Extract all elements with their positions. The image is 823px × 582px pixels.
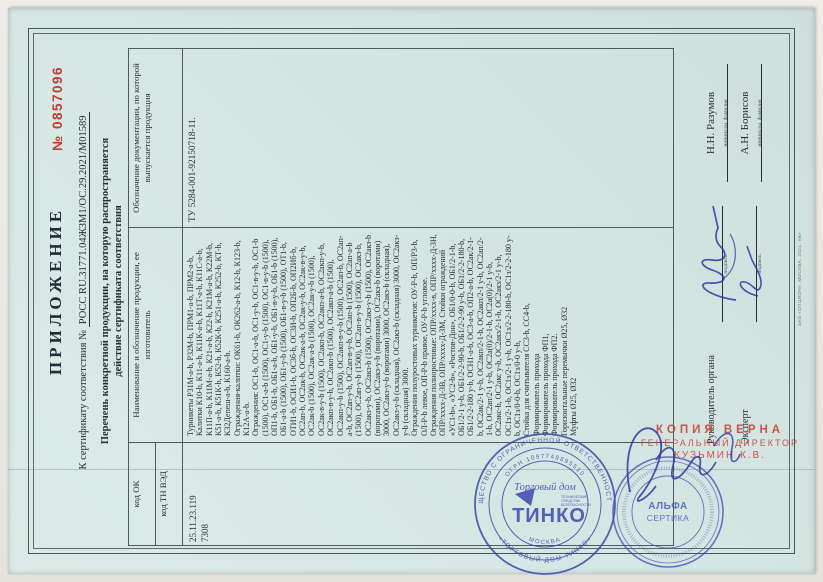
header-code-tnved: код ТН ВЭД xyxy=(156,443,183,546)
header-code-ok: код ОК xyxy=(129,443,156,546)
product-paragraph: Стойка для считывателя СС3-b, СС4-b, xyxy=(522,234,531,436)
certificate-reference-prefix: К сертификату соответствия № xyxy=(78,330,89,470)
product-paragraph: Ограждения полноростовые: ОПР/хххх-в, ОП… xyxy=(429,234,522,436)
svg-text:ОГРН 1097748895510: ОГРН 1097748895510 xyxy=(505,454,586,478)
product-list-cell: Турникеты Р31М-а-b, Р32М-b, ПРМ1-а-b, ПР… xyxy=(183,228,674,443)
tinko-ring-top-text: ОБЩЕСТВО С ОГРАНИЧЕННОЙ ОТВЕТСТВЕННОСТЬЮ xyxy=(473,432,612,504)
form-serial-number: № 0857096 xyxy=(50,66,65,151)
tinko-round-stamp: ОБЩЕСТВО С ОГРАНИЧЕННОЙ ОТВЕТСТВЕННОСТЬЮ… xyxy=(473,432,617,576)
product-paragraph: Ограждения полуростовых турникетов: ОУ-Р… xyxy=(410,234,429,436)
product-paragraph: Муфты Ø25, Ø32 xyxy=(569,234,578,436)
rotated-portrait-page: ПРИЛОЖЕНИЕ № 0857096 К сертификату соотв… xyxy=(0,0,823,582)
product-paragraph: Формирователь прохода ФП1, xyxy=(541,234,550,436)
name-caption-expert: инициалы, фамилия xyxy=(757,64,763,182)
svg-text:«ТОРГОВЫЙ ДОМ ТИНКО»: «ТОРГОВЫЙ ДОМ ТИНКО» xyxy=(496,535,593,564)
certificate-number: РОСС RU.31771.04ЖЗМ1/ОС.29.2021/М01589 xyxy=(78,112,90,327)
tinko-logo-top: Торговый дом xyxy=(514,482,576,493)
product-paragraph: Формирователь прохода xyxy=(532,234,541,436)
signature-kuzmin-ink xyxy=(610,402,742,514)
header-documentation: Обозначение документации, по которой вып… xyxy=(129,49,183,228)
product-paragraph: Ограждения-калитки: ОК61-b, ОК262-а-b, К… xyxy=(233,234,252,436)
product-paragraph: Формирователь прохода ФП2. xyxy=(550,234,559,436)
scanned-certificate-page: ПРИЛОЖЕНИЕ № 0857096 К сертификату соотв… xyxy=(0,0,823,582)
svg-text:ОБЩЕСТВО С ОГРАНИЧЕННОЙ ОТВЕТС: ОБЩЕСТВО С ОГРАНИЧЕННОЙ ОТВЕТСТВЕННОСТЬЮ xyxy=(473,432,612,504)
code-ok-value: 25.11.23.119 xyxy=(187,446,199,542)
tinko-ogrn-text: ОГРН 1097748895510 xyxy=(505,454,586,478)
subtitle-line-1: Перечень конкретной продукции, на котору… xyxy=(100,8,111,574)
documentation-cell: ТУ 5284-001-92150718-11. xyxy=(183,49,674,228)
certificate-reference: К сертификату соответствия № РОСС RU.317… xyxy=(78,8,89,574)
signature-borisov-ink xyxy=(732,242,766,304)
header-product-name: Наименование и обозначение продукции, ее… xyxy=(129,228,183,443)
tinko-ring-bottom-text: «ТОРГОВЫЙ ДОМ ТИНКО» xyxy=(496,535,593,564)
certificate-sheet: ПРИЛОЖЕНИЕ № 0857096 К сертификату соотв… xyxy=(8,8,815,574)
tinko-logo-small-3: БЕЗОПАСНОСТИ xyxy=(561,503,591,507)
tinko-logo-main: ТИНКО xyxy=(512,505,586,527)
product-paragraph: Турникеты Р31М-а-b, Р32М-b, ПРМ1-а-b, ПР… xyxy=(186,234,233,436)
printer-imprint: ЗАО «ОПЦИОН». МОСКВА. 2021. «В» xyxy=(797,232,802,326)
name-caption-head: инициалы, фамилия xyxy=(723,64,729,182)
subtitle-line-2: действие сертификата соответствия xyxy=(113,8,124,574)
product-paragraph: Ограждения: ОС1-b, ОС1-а-b, ОС1-у-b, ОС1… xyxy=(251,234,410,436)
alfa-stamp-line-2: СЕРТИКА xyxy=(647,513,690,523)
product-paragraph: Горизонтальные перемычки Ø25, Ø32 xyxy=(560,234,569,436)
code-tnved-value: 7308 xyxy=(199,446,211,542)
